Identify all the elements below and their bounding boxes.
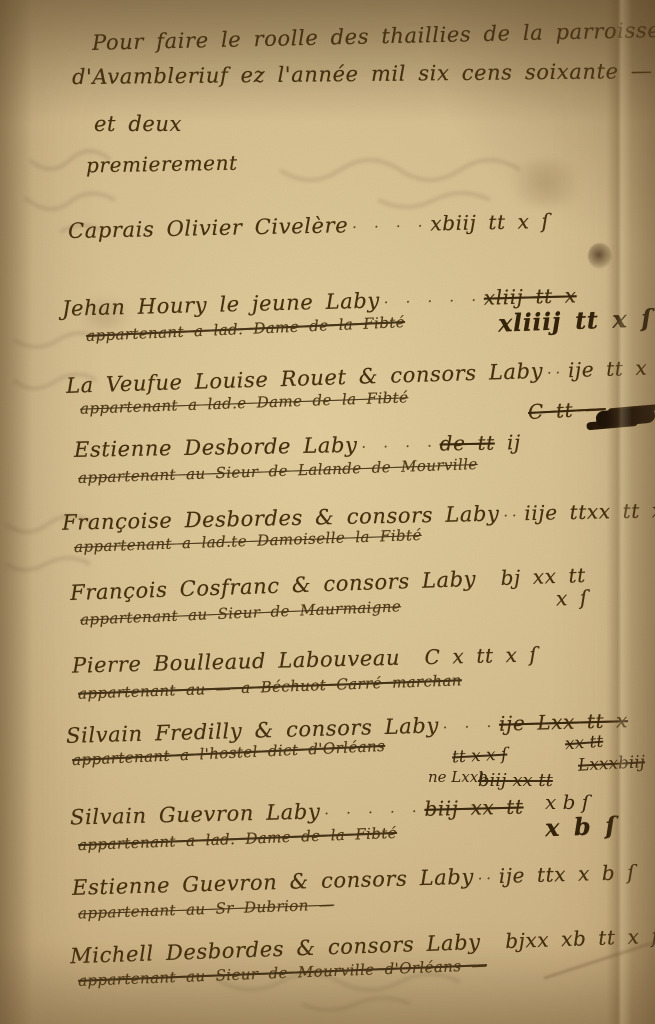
dot-leader: ··	[499, 508, 524, 525]
taxpayer-name: Caprais Olivier Civelère	[68, 213, 349, 243]
amount-struck: de tt	[439, 431, 494, 456]
dot-leader: · · ·	[439, 719, 500, 737]
correction-struck: biij xx tt	[478, 770, 553, 791]
entry-sub-line: appartenant au Sr Dubrion —	[78, 896, 335, 923]
correction-struck: xx tt	[564, 732, 604, 755]
taxpayer-name: Pierre Boulleaud Labouveau	[72, 646, 401, 678]
header-line-3: et deux	[94, 112, 182, 136]
amount-sols: x ſ	[556, 585, 589, 610]
manuscript-page: Pour faire le roolle des thaillies de la…	[0, 0, 655, 1024]
entry-sub-line: appartenant a lad. Dame de la Fibté	[78, 824, 398, 854]
bleedthrough-mark	[250, 140, 530, 220]
taxpayer-name: Estienne Guevron & consors Laby	[72, 865, 474, 900]
correction-struck: tt x x ſ	[452, 745, 508, 768]
dot-leader: · · · ·	[348, 218, 430, 236]
dot-leader: · · · · ·	[380, 293, 484, 312]
taxpayer-name: François Cosfranc & consors Laby	[70, 567, 477, 605]
taxpayer-name: Silvain Guevron Laby	[70, 799, 321, 829]
amount: iije ttxx tt x b ſ	[524, 497, 655, 525]
section-heading: premierement	[86, 151, 238, 178]
amount: xbiij tt x ſ	[430, 209, 550, 235]
paper-crease	[606, 0, 632, 1024]
dot-leader: · · · ·	[357, 439, 439, 456]
amount: ij	[507, 430, 521, 454]
amount: C x tt x ſ	[424, 642, 537, 669]
correction-sols: x b ſ	[545, 790, 589, 814]
entry-line: François Cosfranc & consors Laby bj xx t…	[70, 563, 586, 605]
header-line-2: d'Avambleriuf ez l'année mil six cens so…	[72, 59, 653, 89]
dot-leader: ··	[543, 365, 568, 382]
margin-amount-struck: C tt —	[527, 396, 606, 424]
smudge-stain	[500, 160, 590, 206]
entry-line: Silvain Guevron Laby· · · · ·biij xx tt	[70, 794, 524, 829]
entry-line: Estienne Guevron & consors Laby··ije ttx…	[72, 860, 636, 900]
dot-leader: ··	[474, 871, 499, 888]
amount-struck: biij xx tt	[424, 794, 524, 820]
taxpayer-name: Françoise Desbordes & consors Laby	[62, 502, 500, 535]
dot-leader: · · · · ·	[320, 804, 424, 823]
taxpayer-name: Estienne Desborde Laby	[74, 433, 358, 462]
entry-line: Caprais Olivier Civelère· · · ·xbiij tt …	[68, 209, 550, 243]
entry-line: Pierre Boulleaud Labouveau C x tt x ſ	[72, 642, 538, 677]
header-line-1: Pour faire le roolle des thaillies de la…	[92, 17, 655, 55]
